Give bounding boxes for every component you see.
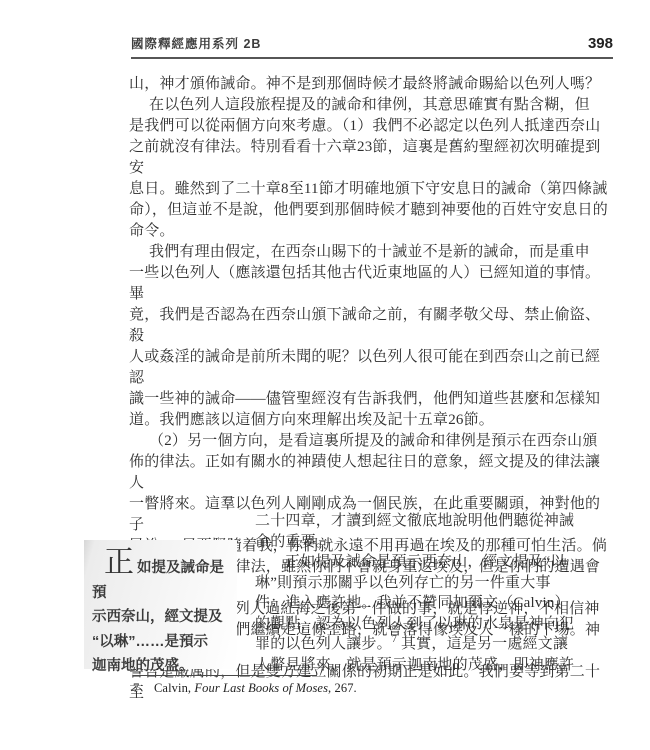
footnote-citation-title: Four Last Books of Moses bbox=[194, 681, 328, 695]
footnote: 7Calvin, Four Last Books of Moses, 267. bbox=[133, 681, 357, 696]
column-paragraph-5: 正如提及誡命是預示西奈山，經文提及“以 琳”則預示那關乎以色列存亡的另一件重大事… bbox=[255, 552, 613, 675]
series-title: 國際釋經應用系列 2B bbox=[131, 34, 261, 52]
footnote-citation-author: Calvin, bbox=[154, 681, 194, 695]
page-number: 398 bbox=[588, 35, 613, 52]
column-paragraph-4-continued: 二十四章，才讀到經文徹底地說明他們聽從神誡 命的重要。 bbox=[255, 511, 613, 552]
pull-quote-box: 正如提及誡命是預 示西奈山，經文提及 “以琳”……是預示 迦南地的茂盛。 bbox=[84, 540, 237, 669]
book-page: 國際釋經應用系列 2B 398 山，神才頒佈誡命。神不是到那個時候才最終將誡命賜… bbox=[0, 0, 650, 750]
body-paragraph-3: 我們有理由假定，在西奈山賜下的十誡並不是新的誡命，而是重申 一些以色列人（應該還… bbox=[129, 242, 610, 431]
footnote-number: 7 bbox=[133, 681, 141, 696]
narrow-column-text: 二十四章，才讀到經文徹底地說明他們聽從神誡 命的重要。 正如提及誡命是預示西奈山… bbox=[255, 511, 613, 675]
running-head: 國際釋經應用系列 2B 398 bbox=[131, 34, 613, 59]
footnote-citation-page: , 267. bbox=[328, 681, 357, 695]
body-paragraph-1: 山，神才頒佈誡命。神不是到那個時候才最終將誡命賜給以色列人嗎？ bbox=[129, 74, 610, 95]
pull-quote-text: 正如提及誡命是預 示西奈山，經文提及 “以琳”……是預示 迦南地的茂盛。 bbox=[92, 551, 231, 679]
footnote-separator-rule bbox=[133, 675, 317, 676]
body-paragraph-2: 在以色列人這段旅程提及的誡命和律例，其意思確實有點含糊，但 是我們可以從兩個方向… bbox=[129, 95, 610, 242]
pull-quote-drop-cap: 正 bbox=[104, 546, 134, 579]
